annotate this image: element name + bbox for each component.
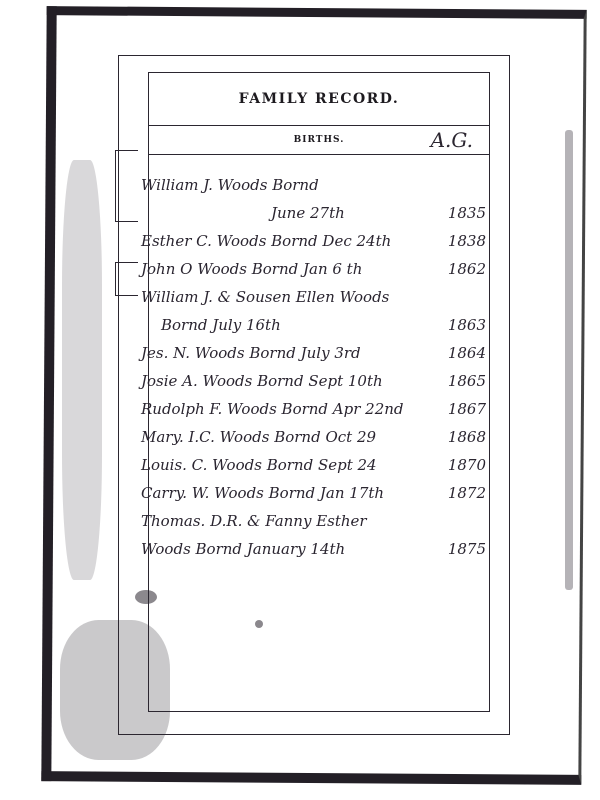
corner-initials: A.G.	[431, 128, 473, 152]
birth-entry: Jes. N. Woods Bornd July 3rd1864	[141, 339, 486, 367]
section-row: BIRTHS. A.G.	[149, 126, 489, 155]
birth-entry: Rudolph F. Woods Bornd Apr 22nd1867	[141, 395, 486, 423]
birth-entry: Thomas. D.R. & Fanny Esther	[141, 507, 486, 535]
birth-entry: Josie A. Woods Bornd Sept 10th1865	[141, 367, 486, 395]
record-frame: FAMILY RECORD. BIRTHS. A.G. William J. W…	[148, 72, 490, 712]
birth-entry: Esther C. Woods Bornd Dec 24th1838	[141, 227, 486, 255]
birth-entry: Carry. W. Woods Bornd Jan 17th1872	[141, 479, 486, 507]
section-title: BIRTHS.	[294, 135, 345, 145]
birth-entry: June 27th1835	[141, 199, 486, 227]
title-row: FAMILY RECORD.	[149, 73, 489, 126]
birth-entry: Mary. I.C. Woods Bornd Oct 291868	[141, 423, 486, 451]
scan-smudge	[565, 130, 573, 590]
margin-tab	[115, 150, 138, 222]
birth-entry: William J. & Sousen Ellen Woods	[141, 283, 486, 311]
margin-tab	[115, 262, 138, 296]
birth-entry: Louis. C. Woods Bornd Sept 241870	[141, 451, 486, 479]
birth-entries: William J. Woods Bornd June 27th1835 Est…	[141, 171, 486, 563]
page-title: FAMILY RECORD.	[239, 91, 400, 107]
birth-entry: John O Woods Bornd Jan 6 th1862	[141, 255, 486, 283]
scan-smudge	[62, 160, 102, 580]
birth-entry: Bornd July 16th1863	[141, 311, 486, 339]
birth-entry: Woods Bornd January 14th1875	[141, 535, 486, 563]
birth-entry: William J. Woods Bornd	[141, 171, 486, 199]
